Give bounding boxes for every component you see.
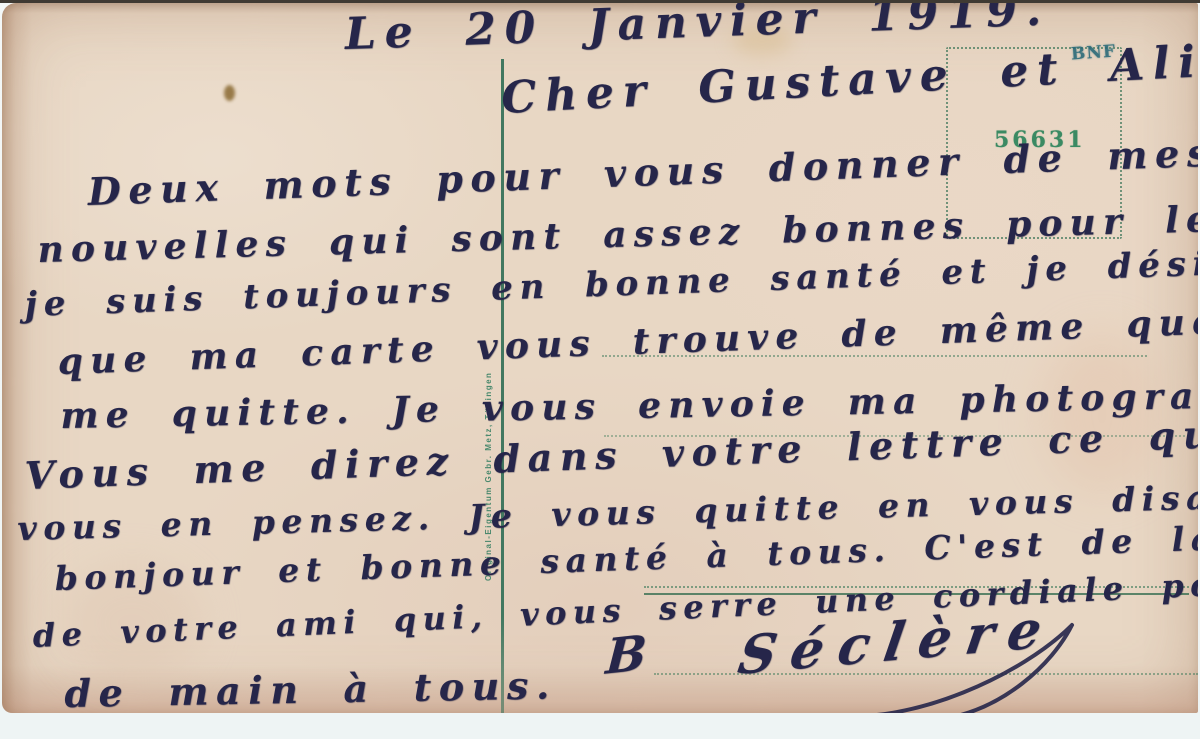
ink-stain xyxy=(224,85,235,101)
signature-initial: B xyxy=(604,624,658,686)
handwriting-line: de main à tous. xyxy=(64,662,557,713)
postcard-back: Original-Eigentum Gebr. Metz, Tübingen B… xyxy=(2,3,1198,713)
